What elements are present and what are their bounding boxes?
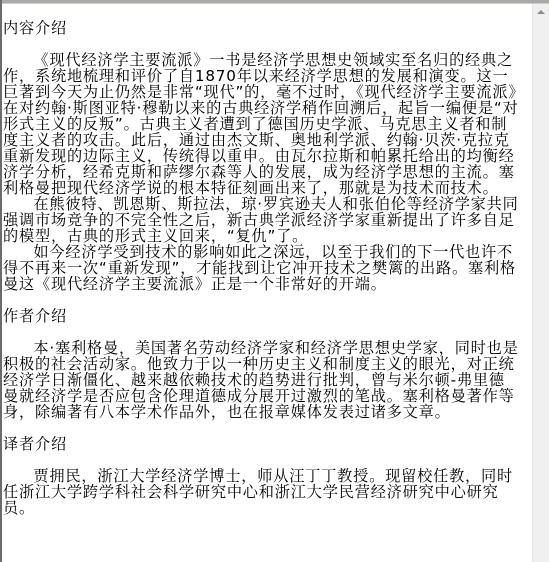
content-intro-paragraph: 在熊彼特、凯恩斯、斯拉法，琼·罗宾逊夫人和张伯伦等经济学家共同强调市场竞争的不完… (3, 196, 519, 244)
author-intro-paragraph: 本·塞利格曼，美国著名劳动经济学家和经济学思想史学家，同时也是积极的社会活动家。… (3, 340, 519, 420)
section-heading-content-intro: 内容介绍 (3, 20, 519, 36)
section-heading-translator-intro: 译者介绍 (3, 436, 519, 452)
scroll-up-arrow-icon[interactable] (537, 10, 545, 14)
translator-intro-paragraph: 贾拥民，浙江大学经济学博士，师从汪丁丁教授。现留校任教，同时任浙江大学跨学科社会… (3, 468, 519, 516)
window-left-border (0, 0, 2, 562)
document-content: 内容介绍 《现代经济学主要流派》一书是经济学思想史领域实至名归的经典之作，系统地… (3, 4, 519, 516)
vertical-scrollbar[interactable] (532, 4, 549, 562)
content-intro-paragraph: 如今经济学受到技术的影响如此之深远，以至于我们的下一代也许不得不再来一次“重新发… (3, 244, 519, 292)
content-intro-paragraph: 《现代经济学主要流派》一书是经济学思想史领域实至名归的经典之作，系统地梳理和评价… (3, 52, 519, 196)
section-heading-author-intro: 作者介绍 (3, 308, 519, 324)
